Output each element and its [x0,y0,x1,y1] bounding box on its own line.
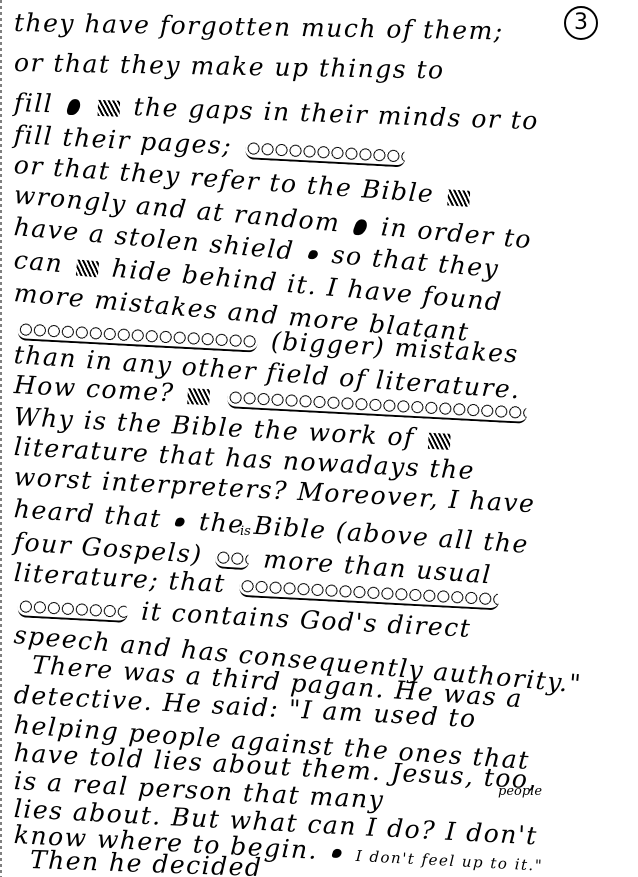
page-number-circled: 3 [564,6,598,40]
ink-blot-deletion [65,98,82,114]
line-text: heard that [13,494,162,533]
crossed-out-phrase [17,597,128,623]
handwritten-page: 3 they have forgotten much of them; or t… [0,0,638,877]
ink-blot-deletion [174,517,186,526]
ink-blot-deletion [307,250,319,260]
crossed-out-word [428,432,451,449]
line-text: I don't feel up to it." [355,847,543,875]
line-text: fill [13,88,53,118]
crossed-out-phrase [245,139,406,167]
line-text: or that they make up things to [14,48,445,85]
crossed-out-word [215,548,250,570]
text-line: or that they make up things to [14,48,445,85]
scan-edge [0,0,2,877]
crossed-out-word [98,99,121,116]
ink-blot-deletion [331,849,343,858]
ink-blot-deletion [352,219,370,236]
inserted-word: people [498,784,542,799]
crossed-out-word [447,189,470,206]
crossed-out-word [76,259,99,277]
line-text: can [13,245,65,278]
inserted-word: is [240,524,251,539]
text-line: they have forgotten much of them; [14,8,504,46]
line-text: they have forgotten much of them; [14,8,504,46]
crossed-out-word [187,388,210,405]
